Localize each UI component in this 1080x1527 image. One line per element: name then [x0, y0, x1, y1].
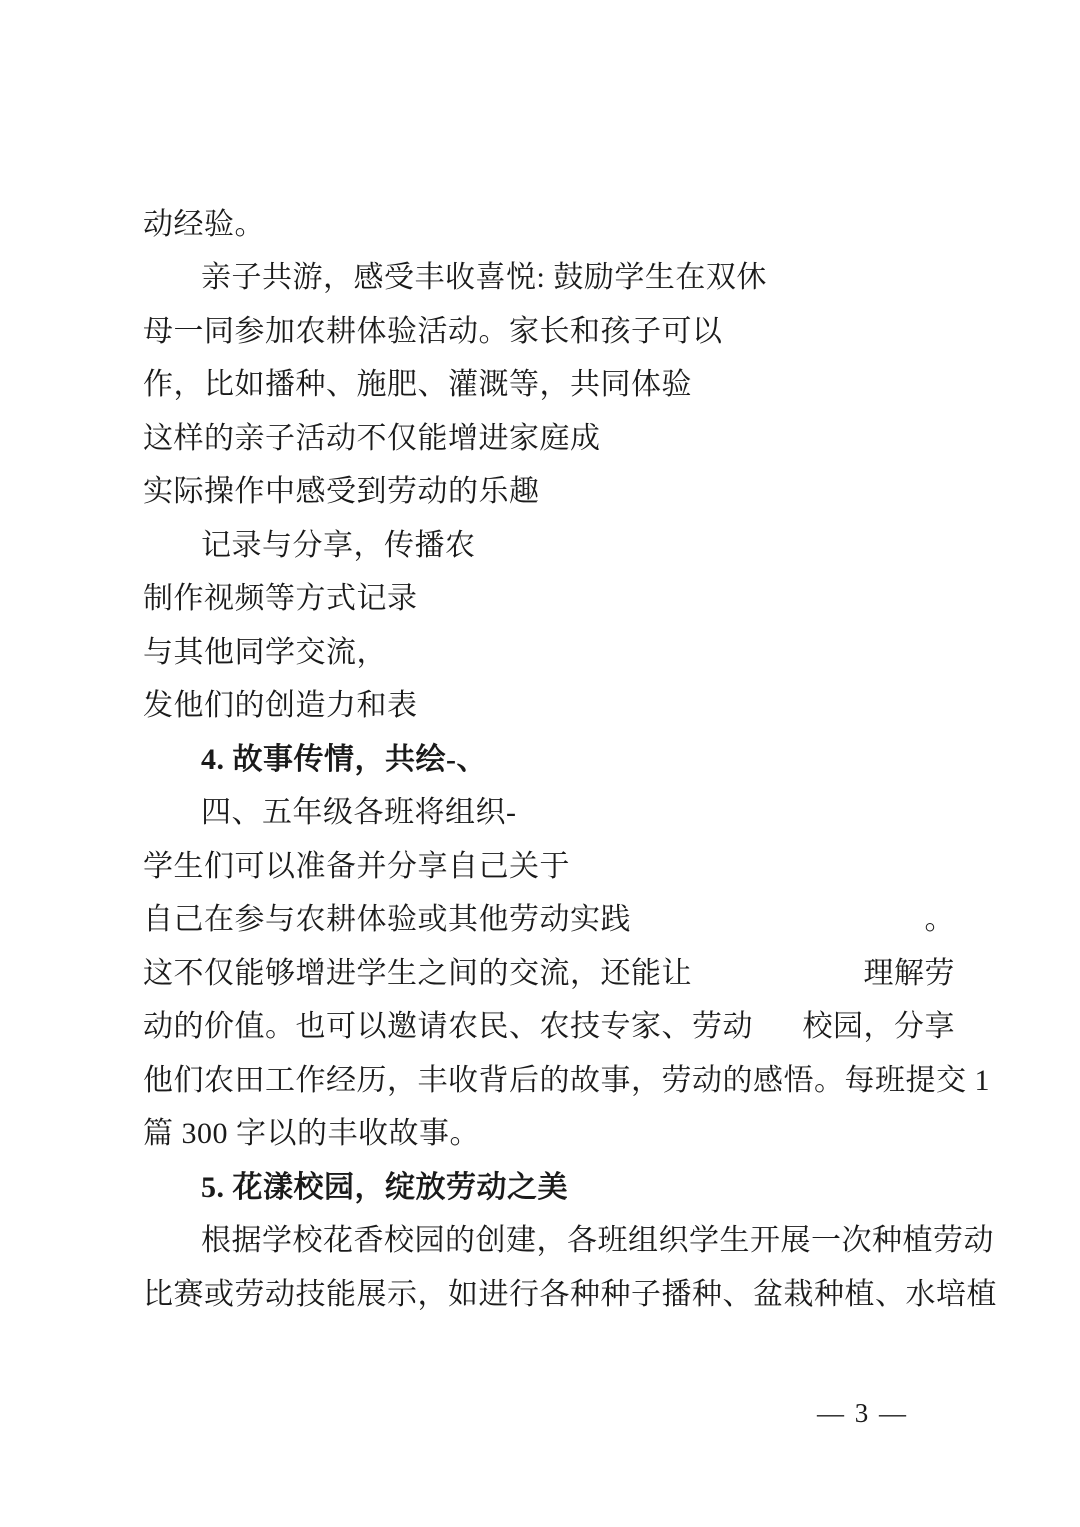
line-text: 根据学校花香校园的创建，各班组织学生开展一次种植劳动 [201, 1215, 994, 1259]
text-line: 他们农田工作经历，丰收背后的故事，劳动的感悟。每班提交 1 [143, 1050, 955, 1104]
line-right-fragment: 。 [925, 894, 956, 938]
text-line: 根据学校花香校园的创建，各班组织学生开展一次种植劳动 [143, 1211, 955, 1265]
text-line: 5. 花漾校园，绽放劳动之美 [143, 1157, 955, 1211]
line-text: 记录与分享，传播农 [201, 520, 476, 564]
line-text: 母一同参加农耕体验活动。家长和孩子可以 [143, 306, 723, 350]
line-text: 亲子共游，感受丰收喜悦: 鼓励学生在双休 [201, 252, 767, 296]
line-text: 学生们可以准备并分享自己关于 [143, 841, 570, 885]
text-line: 作，比如播种、施肥、灌溉等，共同体验 [143, 355, 955, 409]
line-text: 动经验。 [143, 199, 265, 243]
line-text: 篇 300 字以的丰收故事。 [143, 1108, 480, 1152]
line-text: 实际操作中感受到劳动的乐趣 [143, 466, 540, 510]
text-line: 制作视频等方式记录 [143, 569, 955, 623]
line-right-fragment: 校园，分享 [803, 1001, 956, 1045]
text-line: 4. 故事传情，共绘-、 [143, 729, 955, 783]
line-text: 作，比如播种、施肥、灌溉等，共同体验 [143, 359, 692, 403]
text-line: 这不仅能够增进学生之间的交流，还能让理解劳 [143, 943, 955, 997]
line-right-fragment: 理解劳 [864, 948, 956, 992]
text-line: 实际操作中感受到劳动的乐趣 [143, 462, 955, 516]
line-text: 这样的亲子活动不仅能增进家庭成 [143, 413, 601, 457]
text-line: 亲子共游，感受丰收喜悦: 鼓励学生在双休 [143, 248, 955, 302]
text-line: 动经验。 [143, 194, 955, 248]
line-text: 自己在参与农耕体验或其他劳动实践 [143, 894, 631, 938]
text-line: 学生们可以准备并分享自己关于 [143, 836, 955, 890]
text-line: 与其他同学交流， [143, 622, 955, 676]
line-text: 5. 花漾校园，绽放劳动之美 [201, 1162, 568, 1206]
text-line: 篇 300 字以的丰收故事。 [143, 1104, 955, 1158]
text-line: 动的价值。也可以邀请农民、农技专家、劳动校园，分享 [143, 997, 955, 1051]
line-text: 动的价值。也可以邀请农民、农技专家、劳动 [143, 1001, 753, 1045]
text-line: 四、五年级各班将组织- [143, 783, 955, 837]
text-line: 这样的亲子活动不仅能增进家庭成 [143, 408, 955, 462]
line-text: 与其他同学交流， [143, 627, 387, 671]
text-line: 比赛或劳动技能展示，如进行各种种子播种、盆栽种植、水培植 [143, 1264, 955, 1318]
text-line: 母一同参加农耕体验活动。家长和孩子可以 [143, 301, 955, 355]
line-text: 他们农田工作经历，丰收背后的故事，劳动的感悟。每班提交 1 [143, 1055, 990, 1099]
text-line: 发他们的创造力和表 [143, 676, 955, 730]
scanned-document-page: 动经验。亲子共游，感受丰收喜悦: 鼓励学生在双休母一同参加农耕体验活动。家长和孩… [0, 0, 1080, 1527]
line-text: 4. 故事传情，共绘-、 [201, 734, 487, 778]
line-text: 四、五年级各班将组织- [201, 787, 517, 831]
line-text: 发他们的创造力和表 [143, 680, 418, 724]
line-text: 制作视频等方式记录 [143, 573, 418, 617]
text-line: 自己在参与农耕体验或其他劳动实践。 [143, 890, 955, 944]
line-text: 比赛或劳动技能展示，如进行各种种子播种、盆栽种植、水培植 [143, 1269, 997, 1313]
page-number: — 3 — [817, 1398, 908, 1429]
text-line: 记录与分享，传播农 [143, 515, 955, 569]
line-text: 这不仅能够增进学生之间的交流，还能让 [143, 948, 692, 992]
document-body: 动经验。亲子共游，感受丰收喜悦: 鼓励学生在双休母一同参加农耕体验活动。家长和孩… [143, 194, 955, 1318]
